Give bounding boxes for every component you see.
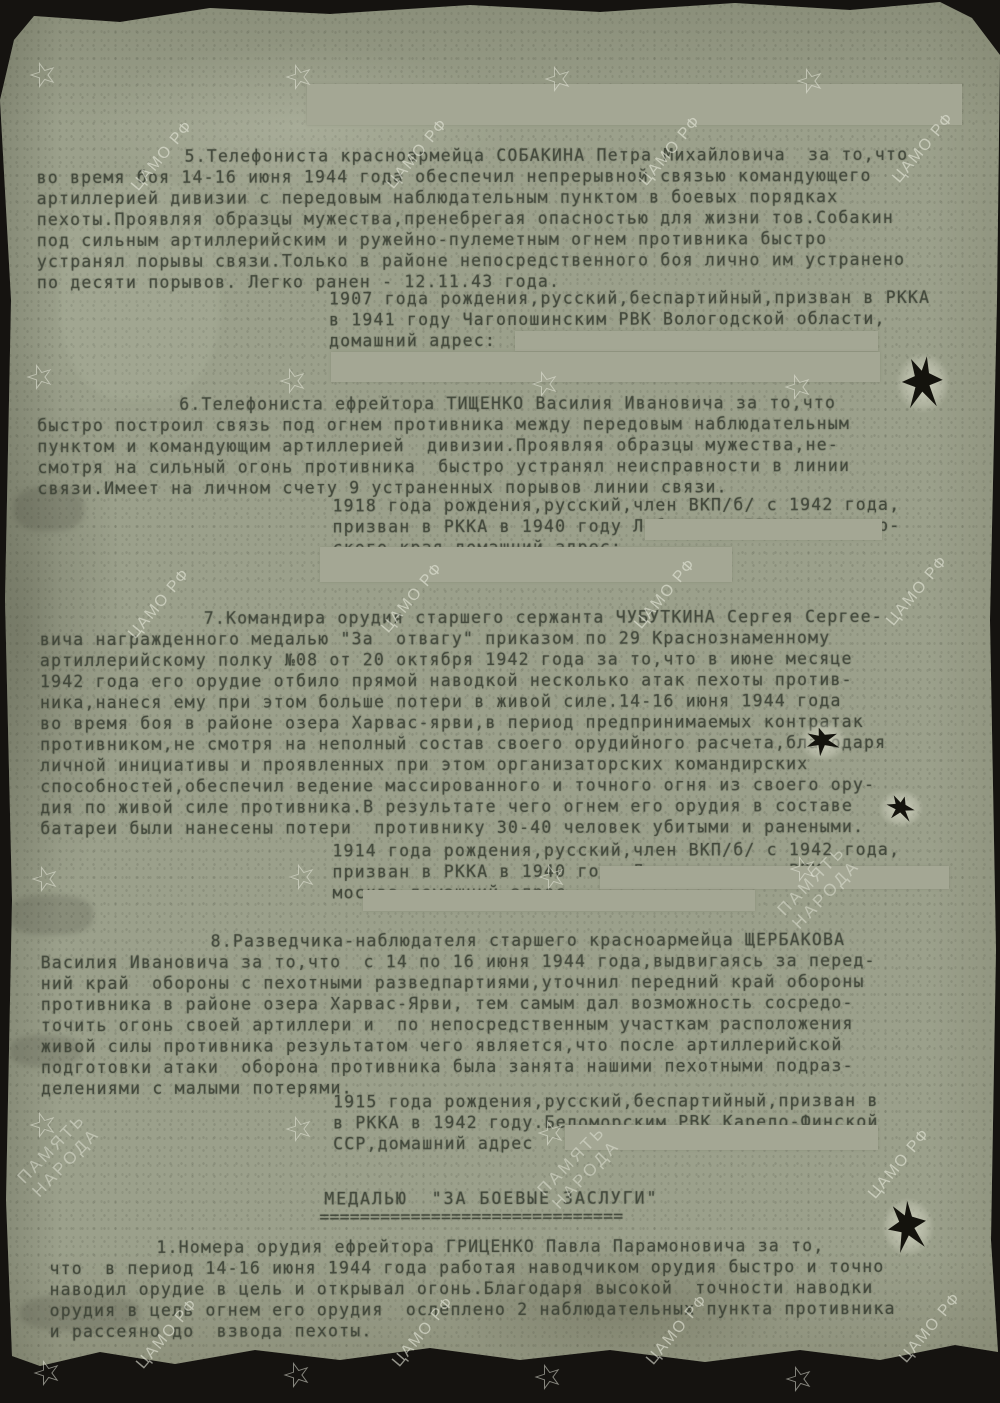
entry-6-bio: 1918 года рождения,русский,член ВКП/б/ с… xyxy=(332,494,992,559)
entry-8-text: 8.Разведчика-наблюдателя старшего красно… xyxy=(41,929,981,1099)
entry-5-text: 5.Телефониста красноармейца СОБАКИНА Пет… xyxy=(37,144,977,293)
typewritten-text-layer: 5.Телефониста красноармейца СОБАКИНА Пет… xyxy=(0,0,1000,1403)
document-page: 5.Телефониста красноармейца СОБАКИНА Пет… xyxy=(0,0,1000,1403)
entry-7-text: 7.Командира орудия старшего сержанта ЧУБ… xyxy=(40,606,981,839)
entry-7-bio: 1914 года рождения,русский,член ВКП/б/ с… xyxy=(332,839,992,904)
entry-5-bio: 1907 года рождения,русский,беспартийный,… xyxy=(329,287,989,352)
watermark-star-icon: ☆ xyxy=(779,1358,818,1400)
watermark-star-icon: ☆ xyxy=(528,1356,567,1398)
entry-6-text: 6.Телефониста ефрейтора ТИЩЕНКО Василия … xyxy=(37,392,977,499)
entry-1-text: 1.Номера орудия ефрейтора ГРИЦЕНКО Павла… xyxy=(49,1235,994,1342)
archive-scan: 5.Телефониста красноармейца СОБАКИНА Пет… xyxy=(0,0,1000,1403)
section-heading-underline: ============================== xyxy=(319,1205,819,1227)
watermark-star-icon: ☆ xyxy=(277,1354,316,1396)
entry-8-bio: 1915 года рождения,русский,беспартийный,… xyxy=(333,1090,993,1155)
